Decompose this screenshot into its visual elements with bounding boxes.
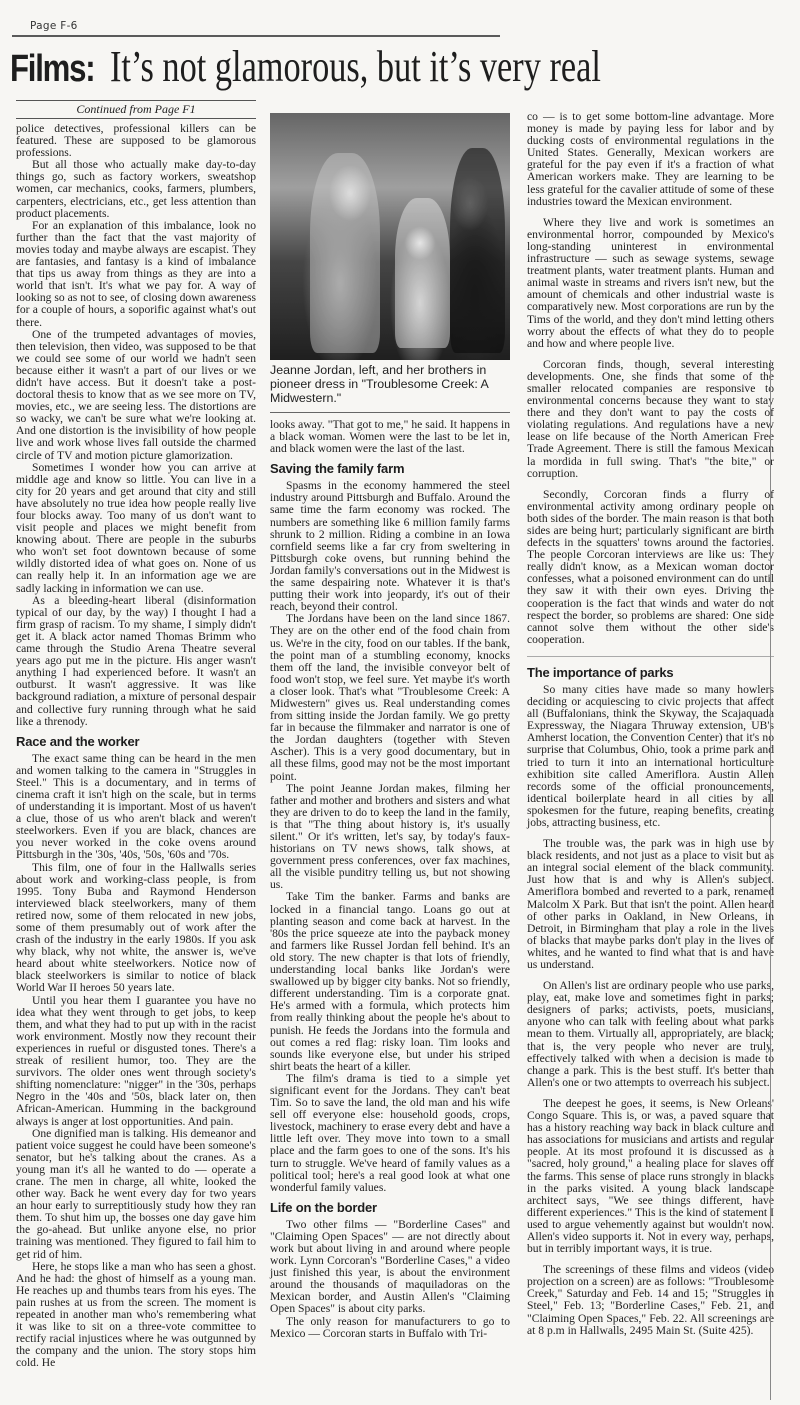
intro-paragraph-1: police detectives, professional killers … [16,123,256,159]
parks-paragraph-5: The screenings of these films and videos… [527,1264,774,1337]
page-label: Page F-6 [30,20,78,32]
race-paragraph-3: Until you hear them I guarantee you have… [16,995,256,1128]
subhead-race: Race and the worker [16,734,256,750]
figure-middle-person [395,198,450,348]
subhead-farm: Saving the family farm [270,461,510,477]
subhead-parks: The importance of parks [527,656,774,681]
race-paragraph-5-part-2: looks away. "That got to me," he said. I… [270,419,510,455]
parks-paragraph-4: The deepest he goes, it seems, is New Or… [527,1098,774,1255]
parks-paragraph-3: On Allen's list are ordinary people who … [527,980,774,1089]
article-photo [270,113,510,360]
race-paragraph-1: The exact same thing can be heard in the… [16,753,256,862]
subhead-border: Life on the border [270,1200,510,1216]
farm-paragraph-1: Spasms in the economy hammered the steel… [270,480,510,613]
intro-paragraph-2: But all those who actually make day-to-d… [16,159,256,219]
headline: Films: It’s not glamorous, but it’s very… [10,42,739,94]
intro-paragraph-4: One of the trumpeted advantages of movie… [16,329,256,462]
page-fold-vertical [770,360,771,1400]
farm-paragraph-5: The film's drama is tied to a simple yet… [270,1073,510,1194]
column-1: Continued from Page F1 police detectives… [16,112,256,1369]
figure-right-person [450,148,505,353]
parks-paragraph-1: So many cities have made so many howlers… [527,684,774,829]
headline-title: It’s not glamorous, but it’s very real [110,42,601,92]
farm-paragraph-3: The point Jeanne Jordan makes, filming h… [270,783,510,892]
border-paragraph-3: Where they live and work is sometimes an… [527,217,774,350]
border-paragraph-4: Corcoran finds, though, several interest… [527,359,774,480]
photo-caption: Jeanne Jordan, left, and her brothers in… [270,363,510,405]
border-paragraph-2-part-1: The only reason for manufacturers to go … [270,1316,510,1340]
farm-paragraph-4: Take Tim the banker. Farms and banks are… [270,891,510,1072]
parks-paragraph-2: The trouble was, the park was in high us… [527,838,774,971]
headline-kicker: Films: [10,44,94,94]
border-paragraph-2-part-2: co — is to get some bottom-line advantag… [527,111,774,208]
top-rule [12,35,500,37]
race-paragraph-5-part-1: Here, he stops like a man who has seen a… [16,1261,256,1370]
race-paragraph-2: This film, one of four in the Hallwalls … [16,862,256,995]
intro-paragraph-5: Sometimes I wonder how you can arrive at… [16,462,256,595]
border-paragraph-1: Two other films — "Borderline Cases" and… [270,1219,510,1316]
intro-paragraph-3: For an explanation of this imbalance, lo… [16,220,256,329]
continued-from-banner: Continued from Page F1 [16,100,256,119]
border-paragraph-5: Secondly, Corcoran finds a flurry of env… [527,489,774,646]
caption-rule [270,412,510,413]
kicker-text: Films [10,48,85,90]
column-3: co — is to get some bottom-line advantag… [527,111,774,1337]
figure-left-person [310,153,380,353]
intro-paragraph-6: As a bleeding-heart liberal (disinformat… [16,595,256,728]
kicker-colon: : [85,48,94,90]
farm-paragraph-2: The Jordans have been on the land since … [270,613,510,782]
race-paragraph-4: One dignified man is talking. His demean… [16,1128,256,1261]
column-2: looks away. "That got to me," he said. I… [270,419,510,1340]
